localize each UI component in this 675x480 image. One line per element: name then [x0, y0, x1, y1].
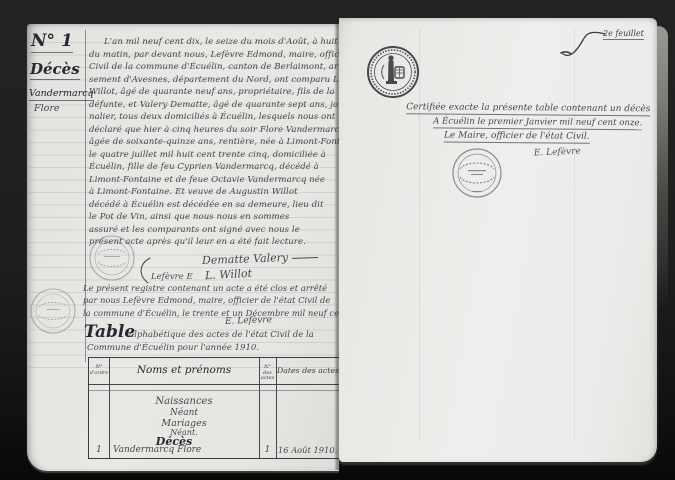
table-entry-date: 16 Août 1910. [278, 445, 339, 455]
folio-label: 2e feuillet [603, 29, 644, 38]
acts-table: N° d'ordre Noms et prénoms N° des actes … [88, 357, 339, 459]
table-entry-actno: 1 [259, 445, 276, 455]
table-entry-order: 1 [89, 445, 109, 455]
deceased-firstname: Flore [34, 103, 60, 114]
act-body-line: nalier, tous deux domiciliés à Écuélin, … [89, 111, 338, 124]
table-header-dates: Dates des actes. [277, 366, 339, 375]
deceased-surname: Vandermarcq [29, 88, 94, 99]
table-header-line2 [89, 390, 339, 391]
closing-statement: Le présent registre contenant un acte a … [83, 282, 339, 319]
act-body-line: le quatre juillet mil huit cent trente c… [89, 149, 338, 162]
certification-line: A Écuélin le premier Janvier mil neuf ce… [433, 116, 642, 128]
signature-witness2: L. Willot [205, 267, 253, 282]
faint-stamp-icon [88, 234, 136, 282]
act-body-line: le Pot de Vin, ainsi que nous nous en so… [89, 211, 338, 224]
fold-line [574, 28, 575, 442]
closing-line: Le présent registre contenant un acte a … [83, 282, 339, 294]
act-body-line: L'an mil neuf cent dix, le seize du mois… [89, 36, 338, 49]
act-body-line: à Limont-Fontaine. Et veuve de Augustin … [89, 186, 338, 199]
act-body-line: défunte, et Valery Dematte, âgé de quara… [89, 99, 338, 112]
certification-line: Certifiée exacte la présente table conte… [406, 102, 650, 114]
act-body-line: sement d'Avesnes, département du Nord, o… [89, 74, 338, 87]
table-entry-name: Vandermarcq Flore [113, 445, 263, 455]
act-body-line: du matin, par devant nous, Lefèvre Edmon… [89, 49, 338, 62]
act-type-label: Décès [30, 60, 80, 78]
closing-signature: E. Lefèvre [225, 315, 272, 327]
fiscal-stamp-icon [366, 45, 420, 99]
closing-line: par nous Lefèvre Edmond, maire, officier… [83, 294, 339, 306]
mairie-stamp-icon [451, 147, 503, 199]
certification-block: Certifiée exacte la présente table conte… [339, 18, 657, 19]
act-body: L'an mil neuf cent dix, le seize du mois… [89, 36, 338, 249]
right-page: 2e feuillet Certifiée exacte la présente… [339, 18, 657, 462]
table-header-line [89, 384, 339, 385]
certification-signature: E. Lefèvre [534, 147, 581, 159]
table-header-names: Noms et prénoms [109, 364, 259, 376]
signature-mayor-paraph: Lefèvre E [151, 272, 193, 282]
table-section-neant1: Néant [109, 408, 259, 418]
table-header-order: N° d'ordre [89, 365, 109, 376]
act-body-line: Civil de la commune d'Écuélin, canton de… [89, 61, 338, 74]
left-page: N° 1 Décès Vandermarcq Flore L'an mil ne… [27, 24, 339, 471]
act-number: N° 1 [31, 31, 73, 51]
table-heading-word: Table [84, 322, 135, 342]
folio-flourish-icon [559, 26, 607, 62]
act-body-line: déclaré que hier à cinq heures du soir F… [89, 124, 338, 137]
act-body-line: Limont-Fontaine et de feue Octavie Vande… [89, 174, 338, 187]
act-body-line: Écuélin, fille de feu Cyprien Vandermarc… [89, 161, 338, 174]
table-section-naissances: Naissances [109, 396, 259, 407]
closing-line: la commune d'Écuélin, le trente et un Dé… [83, 307, 339, 319]
register-scan: N° 1 Décès Vandermarcq Flore L'an mil ne… [0, 0, 675, 480]
act-body-line: décédé à Écuélin est décédée en sa demeu… [89, 199, 338, 212]
act-body-line: Willot, âgé de quarante neuf ans, propri… [89, 86, 338, 99]
table-heading-rest: alphabétique des actes de l'état Civil d… [129, 330, 314, 340]
certification-line: Le Maire, officier de l'état Civil. [444, 131, 590, 142]
table-heading-line2: Commune d'Écuélin pour l'année 1910. [87, 343, 259, 353]
act-body-line: âgée de soixante-quinze ans, rentière, n… [89, 136, 338, 149]
table-header-actno: N° des actes [259, 365, 276, 382]
signature-flourish-dash [292, 256, 318, 258]
faint-stamp-icon [29, 287, 77, 335]
